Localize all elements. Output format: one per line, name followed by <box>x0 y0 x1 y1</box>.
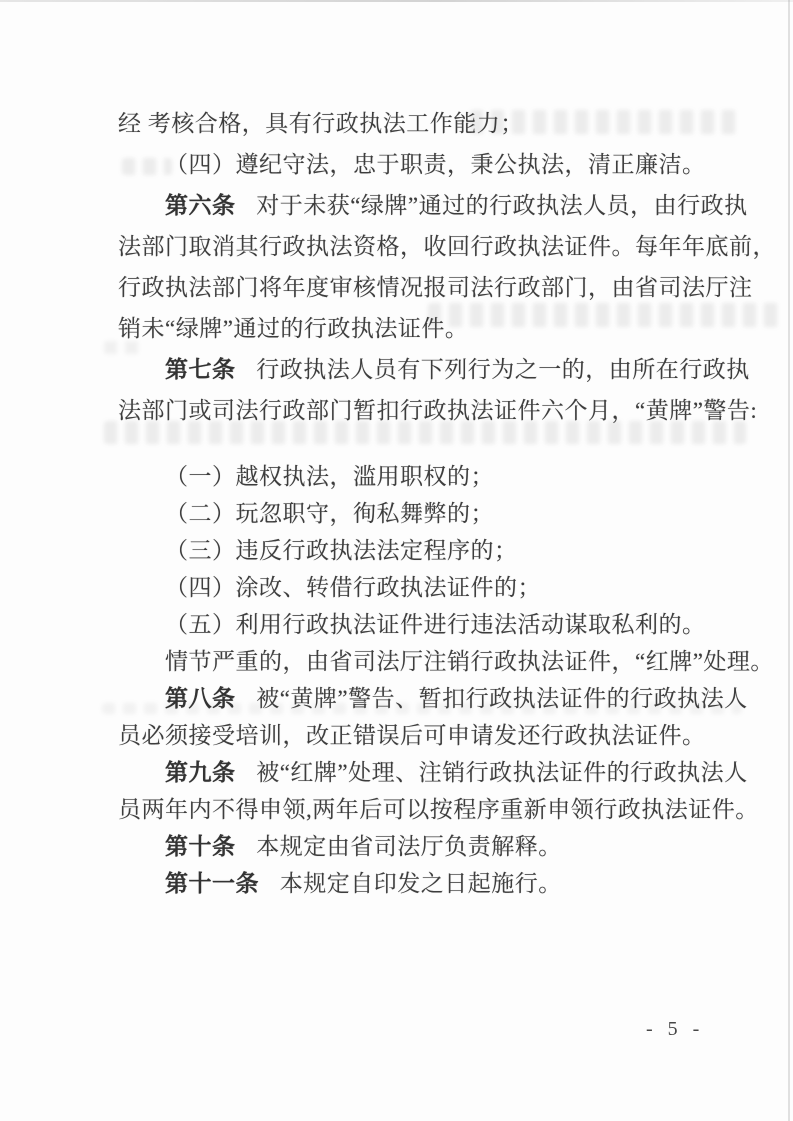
text-line: 经 考核合格，具有行政执法工作能力； <box>118 103 720 144</box>
text-line: （一）越权执法，滥用职权的； <box>118 458 720 495</box>
article-number: 第十一条 <box>165 871 259 896</box>
text-line: （四）遵纪守法，忠于职责，秉公执法，清正廉洁。 <box>118 144 720 185</box>
text-line: （二）玩忽职守，徇私舞弊的； <box>118 495 720 532</box>
line-text: （三）违反行政执法法定程序的； <box>165 538 518 563</box>
line-text: （五）利用行政执法证件进行违法活动谋取私利的。 <box>165 612 706 637</box>
line-text: 法部门或司法行政部门暂扣行政执法证件六个月，“黄牌”警告: <box>118 398 757 423</box>
text-line: 第九条被“红牌”处理、注销行政执法证件的行政执法人 <box>118 754 720 791</box>
text-line: 第六条对于未获“绿牌”通过的行政执法人员，由行政执 <box>118 185 720 226</box>
line-text: 经 考核合格，具有行政执法工作能力； <box>118 111 524 136</box>
document-body: 经 考核合格，具有行政执法工作能力； （四）遵纪守法，忠于职责，秉公执法，清正廉… <box>118 103 720 902</box>
line-text: 被“黄牌”警告、暂扣行政执法证件的行政执法人 <box>256 686 747 711</box>
line-text: 行政执法部门将年度审核情况报司法行政部门，由省司法厅注 <box>118 275 753 300</box>
text-line: 情节严重的，由省司法厅注销行政执法证件，“红牌”处理。 <box>118 643 720 680</box>
line-text: 销未“绿牌”通过的行政执法证件。 <box>118 316 468 341</box>
text-line: 法部门取消其行政执法资格，收回行政执法证件。每年年底前， <box>118 226 720 267</box>
line-text: 行政执法人员有下列行为之一的，由所在行政执 <box>256 357 750 382</box>
line-text: 员两年内不得申领,两年后可以按程序重新申领行政执法证件。 <box>118 797 759 822</box>
items-section: （一）越权执法，滥用职权的； （二）玩忽职守，徇私舞弊的； （三）违反行政执法法… <box>118 458 720 902</box>
line-text: 员必须接受培训，改正错误后可申请发还行政执法证件。 <box>118 723 706 748</box>
line-text: 情节严重的，由省司法厅注销行政执法证件，“红牌”处理。 <box>165 649 774 674</box>
text-line: 第十一条本规定自印发之日起施行。 <box>118 865 720 902</box>
line-text: 被“红牌”处理、注销行政执法证件的行政执法人 <box>256 760 747 785</box>
page-number: - 5 - <box>646 1018 704 1041</box>
line-text: 本规定由省司法厅负责解释。 <box>256 834 562 859</box>
text-line: 行政执法部门将年度审核情况报司法行政部门，由省司法厅注 <box>118 267 720 308</box>
text-line: （四）涂改、转借行政执法证件的； <box>118 569 720 606</box>
line-text: （一）越权执法，滥用职权的； <box>165 464 494 489</box>
scanned-document-page: 经 考核合格，具有行政执法工作能力； （四）遵纪守法，忠于职责，秉公执法，清正廉… <box>0 0 793 1121</box>
text-line: （三）违反行政执法法定程序的； <box>118 532 720 569</box>
line-text: 法部门取消其行政执法资格，收回行政执法证件。每年年底前， <box>118 234 776 259</box>
scan-edge-top <box>0 0 793 2</box>
line-text: （二）玩忽职守，徇私舞弊的； <box>165 501 494 526</box>
text-line: 销未“绿牌”通过的行政执法证件。 <box>118 308 720 349</box>
text-line: （五）利用行政执法证件进行违法活动谋取私利的。 <box>118 606 720 643</box>
line-text: 对于未获“绿牌”通过的行政执法人员，由行政执 <box>256 193 747 218</box>
article-number: 第六条 <box>165 193 236 218</box>
paragraph-gap <box>118 431 720 458</box>
text-line: 第八条被“黄牌”警告、暂扣行政执法证件的行政执法人 <box>118 680 720 717</box>
text-line: 员两年内不得申领,两年后可以按程序重新申领行政执法证件。 <box>118 791 720 828</box>
text-line: 第十条本规定由省司法厅负责解释。 <box>118 828 720 865</box>
text-line: 员必须接受培训，改正错误后可申请发还行政执法证件。 <box>118 717 720 754</box>
line-text: （四）涂改、转借行政执法证件的； <box>165 575 541 600</box>
text-line: 法部门或司法行政部门暂扣行政执法证件六个月，“黄牌”警告: <box>118 390 720 431</box>
scan-edge-right <box>788 0 790 1121</box>
line-text: （四）遵纪守法，忠于职责，秉公执法，清正廉洁。 <box>165 152 706 177</box>
article-number: 第八条 <box>165 686 236 711</box>
text-line: 第七条行政执法人员有下列行为之一的，由所在行政执 <box>118 349 720 390</box>
article-number: 第七条 <box>165 357 236 382</box>
line-text: 本规定自印发之日起施行。 <box>280 871 562 896</box>
article-number: 第九条 <box>165 760 236 785</box>
article-number: 第十条 <box>165 834 236 859</box>
